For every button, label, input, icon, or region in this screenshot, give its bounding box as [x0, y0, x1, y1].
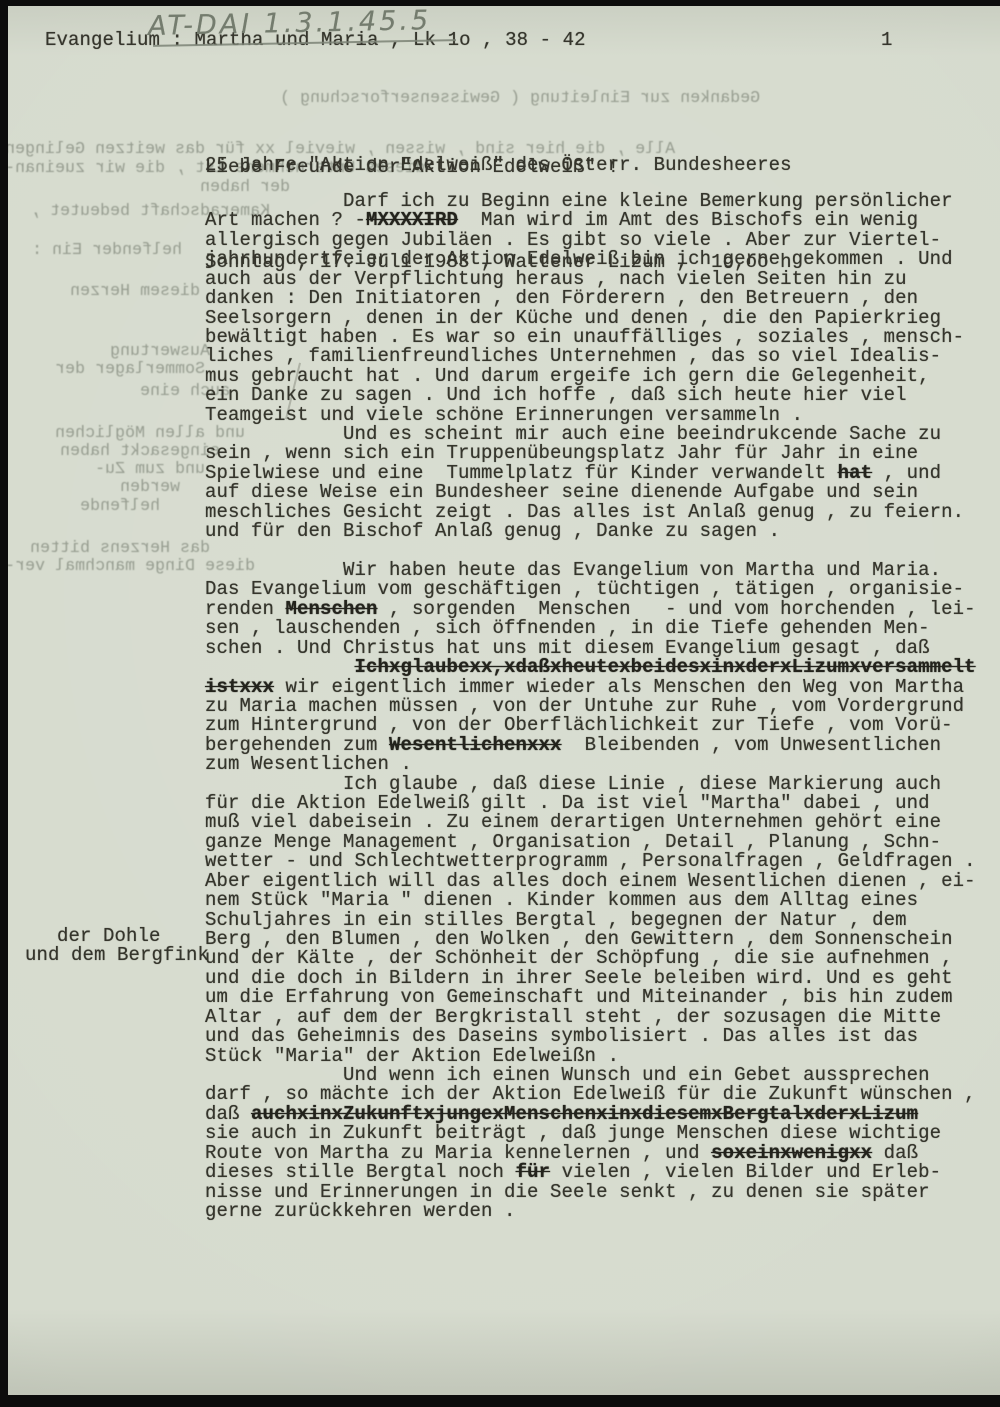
text-line: und für den Bischof Anlaß genug , Danke … [205, 522, 995, 541]
archive-reference-annotation: AT-DAI 1.3.1.45.5 [148, 5, 432, 42]
margin-note: und dem Bergfink [25, 946, 209, 965]
scan-edge-left [0, 0, 8, 1407]
bleedthrough-fragment: und zum Zu- [95, 459, 205, 478]
bleedthrough-fragment: Auswertung [110, 341, 210, 360]
bleedthrough-fragment: eingesackt haben [60, 441, 220, 460]
bleedthrough-fragment: werden [120, 477, 180, 496]
bleedthrough-fragment: diesem Herzen [70, 281, 200, 300]
text-segment: und für den Bischof Anlaß genug , Danke … [205, 520, 780, 542]
salutation: Liebe Freunde der"Aktion Edelweiß" ! [205, 158, 619, 177]
text-segment: Bleibenden , vom Unwesentlichen [562, 734, 942, 756]
bleedthrough-fragment: helfender Ein : [32, 240, 182, 259]
struck-out-text: Wesentlichenxxx [389, 734, 562, 756]
bleedthrough-fragment: das Herzens bitten [30, 538, 210, 557]
bleedthrough-fragment: Sommerlager der [55, 359, 205, 378]
bleedthrough-fragment: helfende [80, 496, 160, 515]
text-segment: gerne zurückkehren werden . [205, 1200, 516, 1222]
text-line: gerne zurückkehren werden . [205, 1202, 995, 1221]
scan-edge-top [0, 0, 1000, 6]
page-number: 1 [881, 31, 893, 50]
scan-edge-bottom [0, 1395, 1000, 1407]
document-body: Darf ich zu Beginn eine kleine Bemerkung… [205, 192, 995, 1221]
document-page: Gedanken zur Einleitung ( Gewissenserfor… [0, 0, 1000, 1407]
